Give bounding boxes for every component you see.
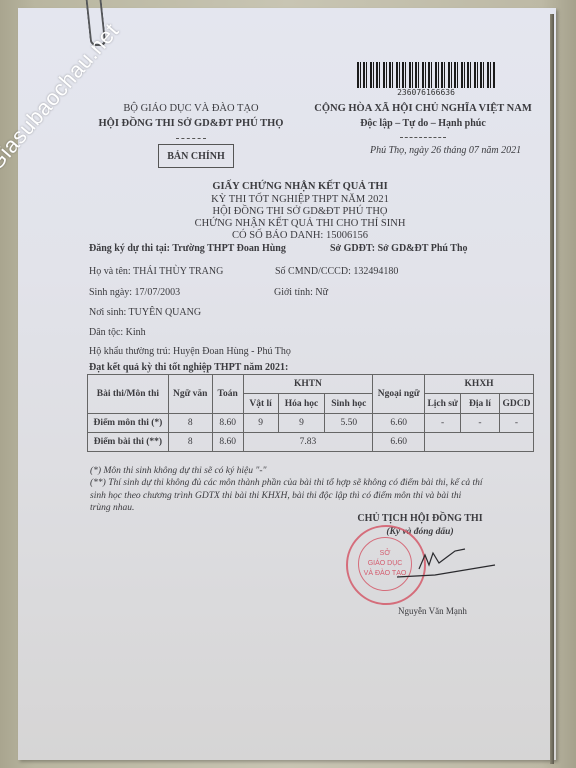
candidate-residence: Hộ khẩu thường trú: Huyện Đoan Hùng - Ph… bbox=[89, 346, 291, 357]
score-physics: 9 bbox=[243, 414, 278, 433]
header-history: Lịch sử bbox=[425, 394, 461, 414]
note-2-line-3: trùng nhau. bbox=[90, 503, 134, 513]
ministry-name: BỘ GIÁO DỤC VÀ ĐÀO TẠO bbox=[96, 103, 286, 114]
divider bbox=[176, 138, 206, 139]
score-history: - bbox=[425, 414, 461, 433]
divider bbox=[400, 137, 446, 138]
exam-khtn: 7.83 bbox=[243, 433, 373, 452]
candidate-name: Họ và tên: THÁI THÙY TRANG bbox=[89, 266, 223, 277]
scores-table: Bài thi/Môn thi Ngữ văn Toán KHTN Ngoại … bbox=[87, 374, 534, 452]
result-heading: Đạt kết quả kỳ thi tốt nghiệp THPT năm 2… bbox=[89, 362, 288, 373]
header-literature: Ngữ văn bbox=[168, 375, 212, 414]
table-row: Điểm môn thi (*) 8 8.60 9 9 5.50 6.60 - … bbox=[88, 414, 534, 433]
candidate-dob: Sinh ngày: 17/07/2003 bbox=[89, 287, 180, 298]
exam-foreign-language: 6.60 bbox=[373, 433, 425, 452]
certificate-title: GIẤY CHỨNG NHẬN KẾT QUẢ THI bbox=[100, 181, 500, 192]
signature-scribble-icon bbox=[395, 545, 505, 585]
candidate-gender: Giới tính: Nữ bbox=[274, 287, 328, 298]
table-row: Điểm bài thi (**) 8 8.60 7.83 6.60 bbox=[88, 433, 534, 452]
place-date: Phú Thọ, ngày 26 tháng 07 năm 2021 bbox=[370, 145, 521, 156]
candidate-ethnicity: Dân tộc: Kinh bbox=[89, 327, 146, 338]
header-khxh: KHXH bbox=[425, 375, 534, 394]
score-literature: 8 bbox=[168, 414, 212, 433]
header-subject: Bài thi/Môn thi bbox=[88, 375, 169, 414]
note-1: (*) Môn thi sinh không dự thi sẽ có ký h… bbox=[90, 466, 266, 476]
note-2-line-1: (**) Thí sinh dự thi không đủ các môn th… bbox=[90, 478, 483, 488]
score-chemistry: 9 bbox=[278, 414, 325, 433]
stamp-line-1: SỞ bbox=[380, 549, 391, 559]
exam-name: KỲ THI TỐT NGHIỆP THPT NĂM 2021 bbox=[100, 194, 500, 205]
paper-edge bbox=[550, 14, 554, 764]
candidate-id-number: Số CMND/CCCD: 132494180 bbox=[275, 266, 398, 277]
row-label: Điểm bài thi (**) bbox=[88, 433, 169, 452]
original-copy-box: BẢN CHÍNH bbox=[158, 144, 234, 168]
exam-literature: 8 bbox=[168, 433, 212, 452]
exam-math: 8.60 bbox=[212, 433, 243, 452]
score-geography: - bbox=[461, 414, 500, 433]
exam-council: HỘI ĐỒNG THI SỞ GD&ĐT PHÚ THỌ bbox=[100, 206, 500, 217]
header-khtn: KHTN bbox=[243, 375, 373, 394]
note-2-line-2: sinh học theo chương trình GDTX thi bài … bbox=[90, 491, 461, 501]
score-foreign-language: 6.60 bbox=[373, 414, 425, 433]
header-foreign-language: Ngoại ngữ bbox=[373, 375, 425, 414]
exam-khxh bbox=[425, 433, 534, 452]
header-physics: Vật lí bbox=[243, 394, 278, 414]
nation-name: CỘNG HÒA XÃ HỘI CHỦ NGHĨA VIỆT NAM bbox=[312, 103, 534, 114]
signatory-title: CHỦ TỊCH HỘI ĐỒNG THI bbox=[350, 513, 490, 524]
candidate-number: CÓ SỐ BÁO DANH: 15006156 bbox=[100, 230, 500, 241]
certification-statement: CHỨNG NHẬN KẾT QUẢ THI CHO THÍ SINH bbox=[100, 218, 500, 229]
barcode-number: 236076166636 bbox=[357, 88, 495, 97]
header-civics: GDCD bbox=[499, 394, 533, 414]
score-biology: 5.50 bbox=[325, 414, 373, 433]
header-chemistry: Hóa học bbox=[278, 394, 325, 414]
registration-department: Sở GDĐT: Sở GD&ĐT Phú Thọ bbox=[330, 243, 468, 254]
header-geography: Địa lí bbox=[461, 394, 500, 414]
barcode-icon bbox=[357, 62, 495, 88]
national-motto: Độc lập – Tự do – Hạnh phúc bbox=[312, 118, 534, 129]
score-civics: - bbox=[499, 414, 533, 433]
candidate-birthplace: Nơi sinh: TUYÊN QUANG bbox=[89, 307, 201, 318]
header-math: Toán bbox=[212, 375, 243, 414]
row-label: Điểm môn thi (*) bbox=[88, 414, 169, 433]
signatory-name: Nguyễn Văn Mạnh bbox=[398, 606, 467, 616]
registration-school: Đăng ký dự thi tại: Trường THPT Đoan Hùn… bbox=[89, 243, 286, 254]
council-name: HỘI ĐỒNG THI SỞ GD&ĐT PHÚ THỌ bbox=[96, 118, 286, 129]
score-math: 8.60 bbox=[212, 414, 243, 433]
header-biology: Sinh học bbox=[325, 394, 373, 414]
